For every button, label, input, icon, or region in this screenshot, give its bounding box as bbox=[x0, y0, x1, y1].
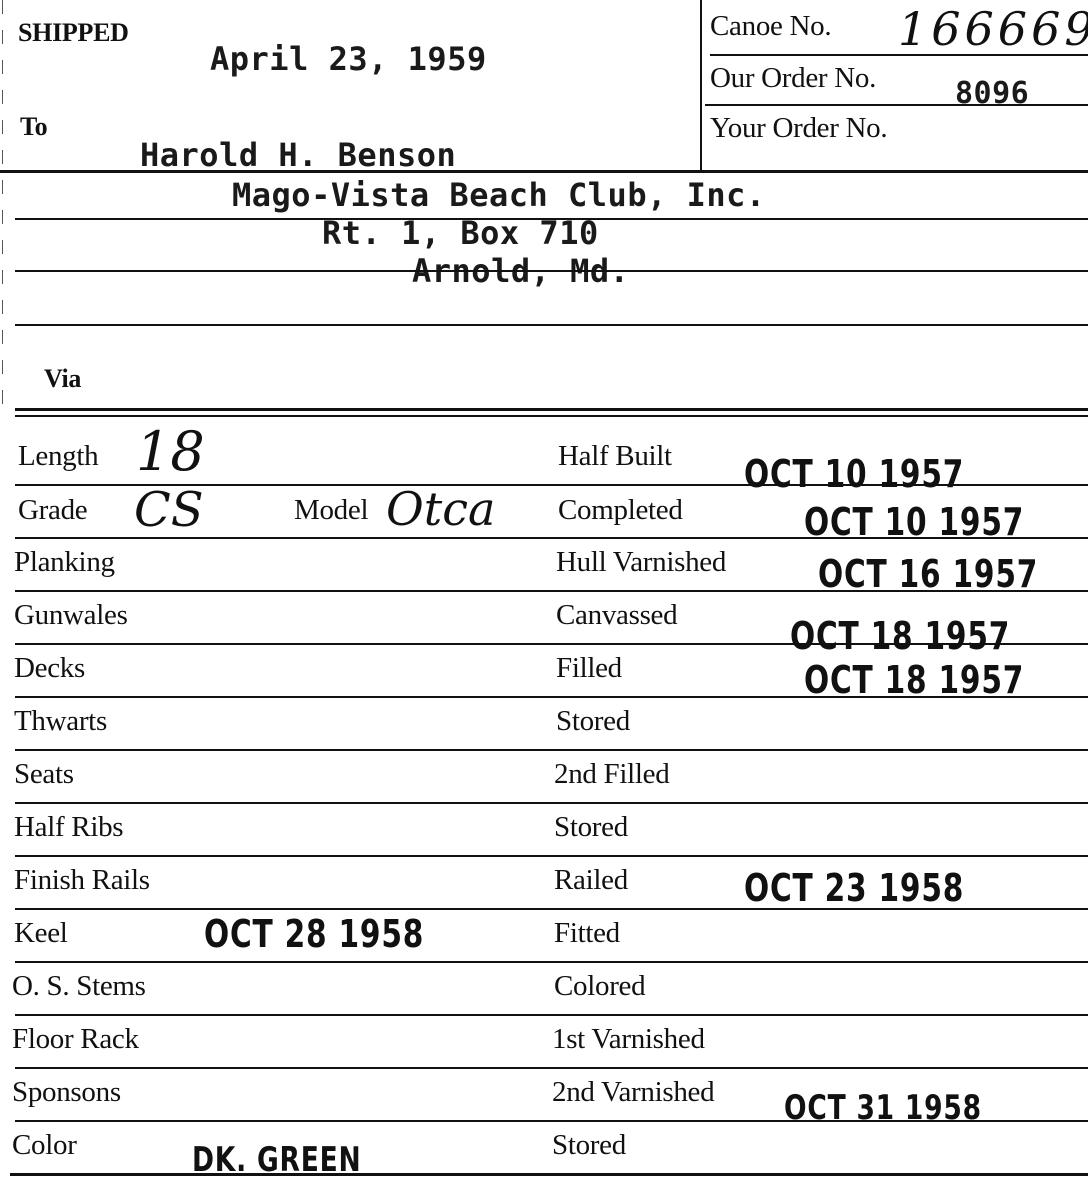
hull-varnished-stamp: OCT 16 1957 bbox=[818, 552, 1038, 596]
left-row-label: O. S. Stems bbox=[12, 970, 146, 1003]
second-varnished-stamp: OCT 31 1958 bbox=[784, 1088, 982, 1128]
header-rule-1 bbox=[0, 170, 1088, 173]
right-row-label: Stored bbox=[556, 705, 630, 738]
keel-stamp: OCT 28 1958 bbox=[204, 912, 424, 956]
header-rule-6 bbox=[15, 415, 1088, 417]
address-line1: Mago-Vista Beach Club, Inc. bbox=[232, 176, 766, 214]
row-rule bbox=[15, 1067, 1088, 1069]
left-row-label: Finish Rails bbox=[14, 864, 150, 897]
right-row-label: Filled bbox=[556, 652, 622, 685]
our-order-label: Our Order No. bbox=[710, 62, 876, 95]
right-row-label: Half Built bbox=[558, 440, 672, 473]
row-rule bbox=[15, 855, 1088, 857]
completed-stamp: OCT 10 1957 bbox=[804, 500, 1024, 544]
address-line2: Rt. 1, Box 710 bbox=[322, 214, 599, 252]
our-order-rule bbox=[705, 104, 1088, 106]
row-rule bbox=[15, 749, 1088, 751]
canoe-no-value: 166669 bbox=[898, 2, 1088, 56]
left-row-label: Thwarts bbox=[14, 705, 107, 738]
right-row-label: Colored bbox=[554, 970, 645, 1003]
left-row-label: Sponsons bbox=[12, 1076, 121, 1109]
canoe-no-label: Canoe No. bbox=[710, 10, 831, 43]
header-rule-5 bbox=[15, 408, 1088, 411]
right-row-label: Hull Varnished bbox=[556, 546, 726, 579]
left-row-label: Planking bbox=[14, 546, 115, 579]
left-row-label: Color bbox=[12, 1129, 77, 1162]
row-rule bbox=[15, 961, 1088, 963]
via-label: Via bbox=[44, 364, 81, 394]
grade-value: CS bbox=[134, 482, 204, 538]
shipped-label: SHIPPED bbox=[18, 18, 129, 48]
header-rule-4 bbox=[15, 324, 1088, 326]
left-row-label: Keel bbox=[14, 917, 68, 950]
right-row-label: 2nd Varnished bbox=[552, 1076, 714, 1109]
filled-stamp: OCT 18 1957 bbox=[804, 658, 1024, 702]
left-row-label: Gunwales bbox=[14, 599, 128, 632]
row-rule bbox=[15, 1014, 1088, 1016]
your-order-label: Your Order No. bbox=[710, 112, 887, 145]
right-row-label: Completed bbox=[558, 494, 683, 527]
row-rule bbox=[15, 802, 1088, 804]
scan-edge-marks bbox=[2, 0, 3, 420]
right-row-label: Railed bbox=[554, 864, 628, 897]
right-row-label: Stored bbox=[554, 811, 628, 844]
left-row-label: Length bbox=[18, 440, 98, 473]
left-row-label: Seats bbox=[14, 758, 74, 791]
color-stamp: DK. GREEN bbox=[192, 1140, 362, 1180]
right-row-label: 2nd Filled bbox=[554, 758, 669, 791]
railed-stamp: OCT 23 1958 bbox=[744, 866, 964, 910]
length-value: 18 bbox=[136, 420, 205, 483]
canvassed-stamp: OCT 18 1957 bbox=[790, 614, 1010, 658]
canoe-no-rule bbox=[710, 54, 1088, 56]
row-rule bbox=[10, 1173, 1088, 1176]
left-row-label: Grade bbox=[18, 494, 87, 527]
right-row-label: Fitted bbox=[554, 917, 620, 950]
header-rule-3 bbox=[15, 270, 1088, 272]
half-built-stamp: OCT 10 1957 bbox=[744, 452, 964, 496]
left-row-label: Half Ribs bbox=[14, 811, 123, 844]
order-box-divider bbox=[700, 0, 702, 172]
to-label: To bbox=[20, 112, 47, 142]
canoe-build-record-card: SHIPPED April 23, 1959 To Harold H. Bens… bbox=[0, 0, 1088, 1200]
recipient-name: Harold H. Benson bbox=[140, 136, 456, 174]
right-row-label: 1st Varnished bbox=[552, 1023, 705, 1056]
left-row-label: Decks bbox=[14, 652, 85, 685]
model-value: Otca bbox=[386, 482, 495, 536]
right-row-label: Stored bbox=[552, 1129, 626, 1162]
right-row-label: Canvassed bbox=[556, 599, 677, 632]
model-label: Model bbox=[294, 494, 368, 527]
shipped-date: April 23, 1959 bbox=[210, 40, 487, 78]
left-row-label: Floor Rack bbox=[12, 1023, 139, 1056]
